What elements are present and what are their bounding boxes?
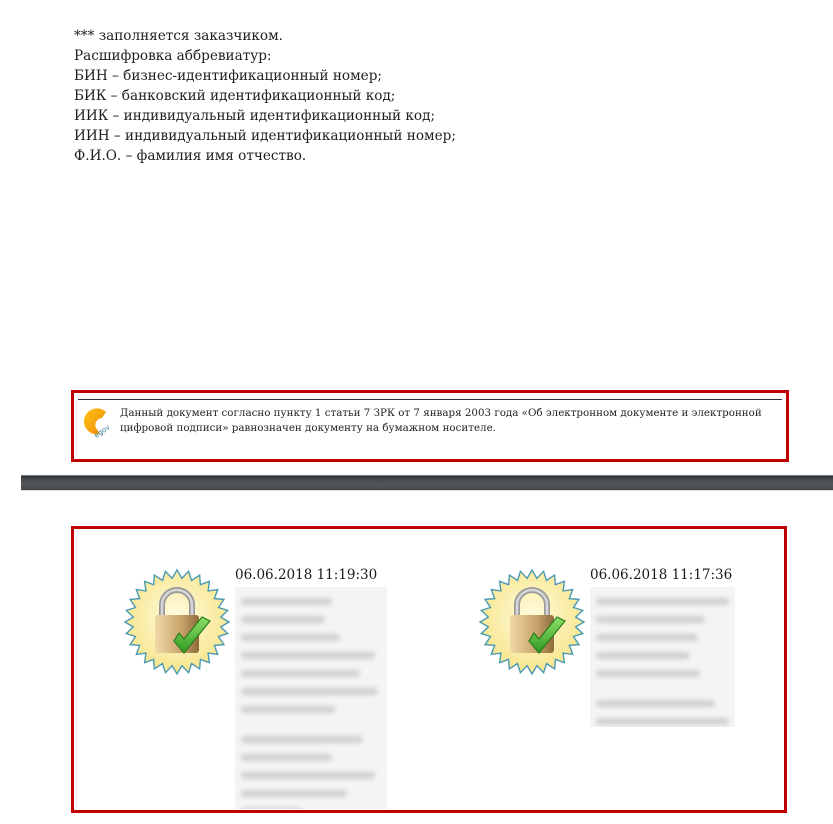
signature-datetime: 06.06.2018 11:19:30 <box>235 567 377 583</box>
page-break-bar <box>21 475 833 491</box>
redacted-signer-details <box>590 587 735 727</box>
redacted-signer-details <box>235 587 387 809</box>
legend-line: ИИН – индивидуальный идентификационный н… <box>74 126 456 146</box>
verified-lock-seal-icon <box>477 567 587 677</box>
legend-line: *** заполняется заказчиком. <box>74 26 456 46</box>
legend-line: БИН – бизнес-идентификационный номер; <box>74 66 456 86</box>
signatures-highlight: 06.06.2018 11:19:30 <box>71 526 787 813</box>
notice-line: Данный документ согласно пункту 1 статьи… <box>120 406 780 421</box>
signature-datetime: 06.06.2018 11:17:36 <box>590 567 732 583</box>
abbreviations-legend: *** заполняется заказчиком. Расшифровка … <box>74 26 456 166</box>
legend-line: ИИК – индивидуальный идентификационный к… <box>74 106 456 126</box>
legal-notice-text: Данный документ согласно пункту 1 статьи… <box>120 406 780 436</box>
egov-sun-logo-icon: egov <box>80 406 114 438</box>
legend-line: БИК – банковский идентификационный код; <box>74 86 456 106</box>
legal-notice-highlight: egov Данный документ согласно пункту 1 с… <box>71 390 789 462</box>
svg-text:egov: egov <box>93 423 112 438</box>
notice-line: цифровой подписи» равнозначен документу … <box>120 421 780 436</box>
verified-lock-seal-icon <box>122 567 232 677</box>
legend-line: Расшифровка аббревиатур: <box>74 46 456 66</box>
notice-rule <box>78 399 782 400</box>
legend-line: Ф.И.О. – фамилия имя отчество. <box>74 146 456 166</box>
